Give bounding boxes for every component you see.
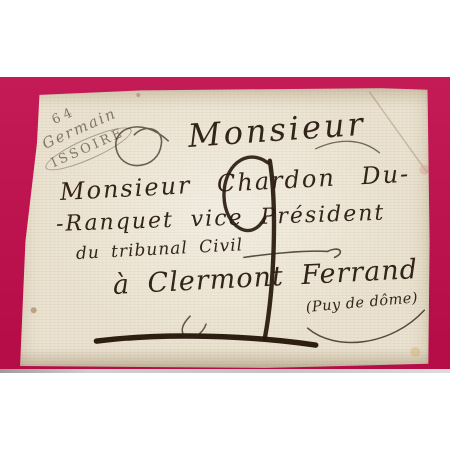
stain-spot (31, 307, 37, 313)
address-line-6: (Puy de dôme) (305, 291, 418, 317)
address-line-3: -Ranquet vice Président (56, 202, 386, 238)
photo-edge-strip (0, 369, 450, 373)
address-line-4: du tribunal Civil (76, 236, 244, 263)
letter-photo: 64 Germain ISSOIRE Monsieur Monsieur Cha… (0, 0, 450, 450)
stain-spot (410, 347, 420, 357)
letter-cover: 64 Germain ISSOIRE Monsieur Monsieur Cha… (18, 87, 430, 368)
address-line-2: Monsieur Chardon Du- (59, 161, 410, 206)
ink-bar-stroke (96, 336, 315, 345)
clermont-underflourish (182, 316, 206, 337)
stain-spot (419, 165, 429, 175)
stain-spot (136, 93, 140, 97)
rule-after-civil (244, 249, 340, 257)
address-line-1: Monsieur (187, 107, 367, 155)
